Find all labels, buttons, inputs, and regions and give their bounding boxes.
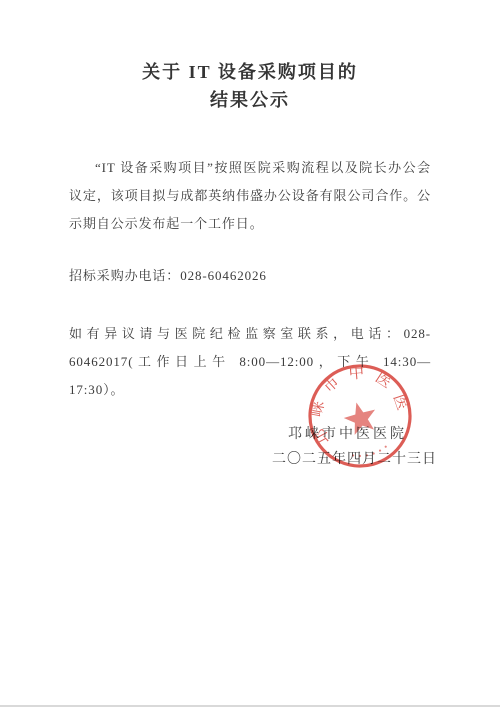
title-line-1: 关于 IT 设备采购项目的 [0, 58, 500, 86]
procurement-office-phone: 招标采购办电话：028-60462026 [69, 262, 431, 290]
paragraph-procurement-result: “IT 设备采购项目”按照医院采购流程以及院长办公会议定，该项目拟与成都英纳伟盛… [69, 154, 431, 238]
document-page: 关于 IT 设备采购项目的 结果公示 “IT 设备采购项目”按照医院采购流程以及… [0, 0, 500, 707]
title-line-2: 结果公示 [0, 86, 500, 114]
signature-date: 二〇二五年四月二十三日 [272, 448, 437, 468]
document-body: “IT 设备采购项目”按照医院采购流程以及院长办公会议定，该项目拟与成都英纳伟盛… [69, 154, 431, 404]
signature-organization: 邛崃市中医医院 [288, 423, 407, 443]
paragraph-objection-contact: 如有异议请与医院纪检监察室联系，电话：028-60462017(工作日上午 8:… [69, 320, 431, 404]
document-title: 关于 IT 设备采购项目的 结果公示 [0, 0, 500, 114]
